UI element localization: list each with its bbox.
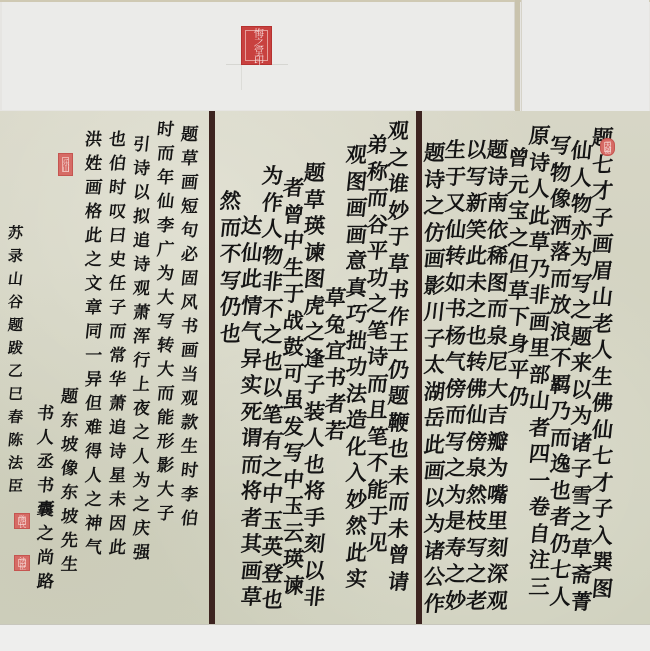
calligraphy-character: 写 (465, 535, 489, 562)
seal-left-mid-text: 乐山 (59, 154, 72, 175)
calligraphy-character: 章 (84, 296, 104, 320)
calligraphy-character: 转 (156, 334, 176, 358)
calligraphy-character: 平 (507, 357, 531, 384)
calligraphy-character: 之 (465, 561, 489, 588)
calligraphy-character: 诗 (132, 157, 152, 181)
calligraphy-character: 未 (387, 516, 411, 543)
calligraphy-character: 之 (261, 455, 285, 482)
calligraphy-character: 姓 (84, 152, 104, 176)
calligraphy-character: 追 (132, 229, 152, 253)
calligraphy-character: 未 (465, 270, 489, 297)
top-red-seal: 悔之堂印 (241, 26, 272, 65)
calligraphy-character: 此 (528, 203, 552, 230)
calligraphy-character: 佛 (465, 376, 489, 403)
calligraphy-character: 苏 (7, 222, 24, 245)
calligraphy-character: 伯 (180, 507, 200, 531)
calligraphy-character: 难 (84, 416, 104, 440)
calligraphy-character: 物 (261, 243, 285, 270)
calligraphy-character: 巳 (7, 383, 24, 406)
calligraphy-character: 笔 (366, 424, 390, 451)
calligraphy-character: 若 (324, 418, 348, 445)
right-column-3: 原诗人此草乃非画里部山者四一卷自注三 (529, 123, 550, 600)
calligraphy-character: 装 (303, 399, 327, 426)
calligraphy-character: 画 (180, 339, 200, 363)
calligraphy-character: 者 (528, 415, 552, 442)
calligraphy-character: 因 (108, 512, 128, 536)
left-column-0: 题草画短句必固风书画当观款生时李伯 (181, 123, 198, 531)
calligraphy-character: 物 (549, 160, 573, 187)
calligraphy-character: 泉 (486, 323, 510, 350)
calligraphy-character: 以 (570, 377, 594, 404)
calligraphy-character: 斋 (570, 562, 594, 589)
calligraphy-character: 身 (507, 331, 531, 358)
calligraphy-character: 丞 (36, 450, 56, 474)
calligraphy-character: 稀 (486, 243, 510, 270)
calligraphy-character: 有 (261, 428, 285, 455)
calligraphy-character: 画 (180, 171, 200, 195)
calligraphy-character: 风 (180, 291, 200, 315)
right-column-8: 题诗之仿画影川子太湖岳此画以为诸公作 (424, 140, 445, 617)
right-column-2: 写物像洒落而放浪不羁乃而逸也者仍七人 (550, 133, 571, 610)
calligraphy-character: 画 (345, 195, 369, 222)
calligraphy-character: 夜 (132, 397, 152, 421)
calligraphy-character: 仙 (570, 138, 594, 165)
calligraphy-character: 刻 (486, 535, 510, 562)
calligraphy-character: 此 (423, 432, 447, 459)
calligraphy-character: 湖 (423, 379, 447, 406)
calligraphy-character: 枝 (465, 508, 489, 535)
calligraphy-character: 仙 (465, 402, 489, 429)
calligraphy-character: 是 (444, 508, 468, 535)
calligraphy-character: 引 (132, 133, 152, 157)
calligraphy-character: 此 (240, 266, 264, 293)
calligraphy-character: 书 (36, 474, 56, 498)
calligraphy-character: 落 (549, 239, 573, 266)
calligraphy-character: 鞭 (387, 410, 411, 437)
calligraphy-character: 于 (387, 224, 411, 251)
calligraphy-character: 笔 (366, 318, 390, 345)
calligraphy-character: 也 (387, 436, 411, 463)
calligraphy-character: 七 (591, 443, 615, 470)
calligraphy-character: 一 (528, 468, 552, 495)
calligraphy-character: 乃 (549, 398, 573, 425)
calligraphy-character: 为 (486, 455, 510, 482)
calligraphy-character: 死 (240, 399, 264, 426)
calligraphy-character: 仙 (444, 217, 468, 244)
calligraphy-character: 人 (303, 425, 327, 452)
calligraphy-character: 泉 (465, 455, 489, 482)
calligraphy-character: 谁 (387, 171, 411, 198)
fold-crease-vertical (241, 64, 242, 90)
panel-divider-right (416, 111, 422, 624)
calligraphy-character: 也 (303, 452, 327, 479)
calligraphy-character: 而 (108, 320, 128, 344)
calligraphy-character: 任 (108, 272, 128, 296)
calligraphy-character: 注 (528, 547, 552, 574)
calligraphy-character: 谓 (240, 425, 264, 452)
calligraphy-character: 之 (366, 291, 390, 318)
calligraphy-character: 曾 (282, 202, 306, 229)
calligraphy-character: 云 (282, 520, 306, 547)
calligraphy-character: 且 (366, 397, 390, 424)
calligraphy-character: 南 (486, 190, 510, 217)
calligraphy-character: 华 (108, 368, 128, 392)
calligraphy-character: 如 (444, 270, 468, 297)
calligraphy-character: 战 (282, 308, 306, 335)
calligraphy-character: 而 (156, 142, 176, 166)
calligraphy-character: 庆 (132, 517, 152, 541)
calligraphy-character: 也 (465, 323, 489, 350)
calligraphy-character: 广 (156, 238, 176, 262)
calligraphy-character: 浑 (132, 325, 152, 349)
right-column-6: 以写新笑此未之也转佛仙傍泉然枝写之老 (466, 137, 487, 614)
calligraphy-character: 仍 (387, 357, 411, 384)
calligraphy-character: 法 (345, 381, 369, 408)
calligraphy-character: 诗 (486, 164, 510, 191)
calligraphy-character: 称 (366, 159, 390, 186)
calligraphy-character: 转 (465, 349, 489, 376)
calligraphy-character: 太 (423, 352, 447, 379)
calligraphy-character: 玉 (282, 493, 306, 520)
calligraphy-character: 而 (486, 296, 510, 323)
calligraphy-character: 于 (366, 503, 390, 530)
calligraphy-character: 题 (180, 123, 200, 147)
calligraphy-character: 之 (84, 488, 104, 512)
calligraphy-character: 异 (240, 346, 264, 373)
calligraphy-character: 写 (465, 164, 489, 191)
calligraphy-character: 笔 (261, 402, 285, 429)
calligraphy-character: 李 (180, 483, 200, 507)
calligraphy-character: 功 (366, 265, 390, 292)
calligraphy-character: 三 (528, 574, 552, 601)
calligraphy-character: 而 (387, 489, 411, 516)
calligraphy-character: 拙 (345, 328, 369, 355)
calligraphy-character: 然 (465, 482, 489, 509)
calligraphy-character: 曾 (387, 542, 411, 569)
calligraphy-character: 为 (570, 244, 594, 271)
calligraphy-character: 上 (132, 373, 152, 397)
calligraphy-character: 山 (7, 268, 24, 291)
left-column-1: 时而年仙李广为大写转大而能形影大子 (157, 118, 174, 526)
calligraphy-character: 观 (180, 387, 200, 411)
middle-column-4: 题草瑛谏图虎之逢子装人也将手刻以非 (304, 160, 325, 611)
left-column-2: 引诗以拟追诗观萧浑行上夜之人为之庆强 (133, 133, 150, 565)
calligraphy-character: 乃 (528, 256, 552, 283)
calligraphy-character: 诗 (108, 440, 128, 464)
calligraphy-character: 深 (486, 561, 510, 588)
top-sheet-right (521, 0, 649, 112)
middle-column-7: 达仙此情气异实死谓而将者其画草 (241, 213, 262, 611)
middle-column-3: 草兔宜书者若 (325, 285, 346, 444)
calligraphy-character: 题 (387, 383, 411, 410)
calligraphy-character: 傍 (444, 376, 468, 403)
seal-signature-2-text: 法臣 (15, 556, 29, 570)
calligraphy-character: 仙 (156, 190, 176, 214)
calligraphy-character: 未 (108, 488, 128, 512)
calligraphy-character: 为 (261, 163, 285, 190)
calligraphy-character: 但 (507, 251, 531, 278)
calligraphy-character: 固 (180, 267, 200, 291)
calligraphy-character: 大 (156, 358, 176, 382)
right-column-7: 生于又仙转如书杨气傍而写之为是寿之妙 (445, 137, 466, 614)
right-column-1: 仙人物亦为写之题来以为诸子雪之草斋菁 (571, 138, 592, 615)
calligraphy-character: 寿 (444, 535, 468, 562)
calligraphy-character: 常 (108, 344, 128, 368)
calligraphy-character: 以 (132, 181, 152, 205)
calligraphy-character: 原 (528, 123, 552, 150)
calligraphy-character: 此 (345, 540, 369, 567)
calligraphy-character: 气 (84, 536, 104, 560)
calligraphy-character: 为 (570, 403, 594, 430)
calligraphy-character: 年 (156, 166, 176, 190)
calligraphy-character: 子 (303, 372, 327, 399)
calligraphy-character: 草 (303, 187, 327, 214)
calligraphy-character: 见 (366, 530, 390, 557)
calligraphy-character: 写 (549, 133, 573, 160)
calligraphy-character: 此 (108, 536, 128, 560)
calligraphy-character: 之 (444, 561, 468, 588)
top-paper-mount: 悔之堂印 (0, 0, 650, 112)
calligraphy-character: 之 (465, 296, 489, 323)
middle-column-2: 观图画画意真巧拙功法造化入妙然此实 (346, 142, 367, 593)
calligraphy-character: 子 (156, 502, 176, 526)
calligraphy-character: 陈 (7, 429, 24, 452)
calligraphy-character: 逢 (303, 346, 327, 373)
calligraphy-character: 画 (345, 222, 369, 249)
calligraphy-character: 气 (240, 319, 264, 346)
calligraphy-character: 巧 (345, 301, 369, 328)
calligraphy-character: 玉 (261, 508, 285, 535)
calligraphy-character: 岳 (423, 405, 447, 432)
calligraphy-character: 巽 (591, 549, 615, 576)
calligraphy-character: 画 (84, 176, 104, 200)
calligraphy-character: 洒 (549, 213, 573, 240)
calligraphy-character: 句 (180, 219, 200, 243)
calligraphy-character: 李 (156, 214, 176, 238)
calligraphy-character: 依 (486, 217, 510, 244)
calligraphy-character: 坡 (60, 433, 80, 457)
calligraphy-character: 中 (261, 481, 285, 508)
calligraphy-character: 法 (7, 452, 24, 475)
calligraphy-character: 诸 (570, 430, 594, 457)
calligraphy-character: 叹 (108, 200, 128, 224)
calligraphy-character: 子 (591, 496, 615, 523)
calligraphy-character: 放 (549, 292, 573, 319)
calligraphy-character: 录 (7, 245, 24, 268)
calligraphy-character: 以 (261, 375, 285, 402)
calligraphy-character: 而 (156, 382, 176, 406)
calligraphy-character: 浪 (549, 319, 573, 346)
calligraphy-character: 物 (570, 191, 594, 218)
calligraphy-character: 之 (507, 225, 531, 252)
calligraphy-character: 者 (282, 175, 306, 202)
calligraphy-character: 情 (240, 293, 264, 320)
calligraphy-character: 以 (303, 558, 327, 585)
calligraphy-character: 人 (36, 426, 56, 450)
calligraphy-character: 之 (261, 322, 285, 349)
calligraphy-character: 以 (423, 485, 447, 512)
calligraphy-character: 谏 (303, 240, 327, 267)
middle-column-8: 然而不写仍也 (220, 188, 241, 347)
calligraphy-character: 书 (180, 315, 200, 339)
calligraphy-character: 坡 (60, 505, 80, 529)
calligraphy-character: 菁 (570, 589, 594, 616)
calligraphy-character: 生 (282, 255, 306, 282)
calligraphy-character: 曰 (108, 224, 128, 248)
calligraphy-character: 观 (345, 142, 369, 169)
calligraphy-character: 诗 (132, 253, 152, 277)
calligraphy-character: 而 (549, 266, 573, 293)
calligraphy-character: 元 (507, 172, 531, 199)
calligraphy-character: 题 (7, 314, 24, 337)
calligraphy-character: 吉 (486, 402, 510, 429)
calligraphy-character: 行 (132, 349, 152, 373)
calligraphy-character: 乙 (7, 360, 24, 383)
calligraphy-character: 人 (132, 445, 152, 469)
calligraphy-character: 为 (423, 511, 447, 538)
calligraphy-character: 画 (240, 558, 264, 585)
calligraphy-character: 春 (7, 406, 24, 429)
calligraphy-character: 像 (60, 457, 80, 481)
calligraphy-character: 妙 (444, 588, 468, 615)
calligraphy-character: 之 (132, 421, 152, 445)
calligraphy-character: 图 (303, 266, 327, 293)
seal-right-top-text: 天随 (601, 139, 614, 155)
calligraphy-character: 嘴 (486, 482, 510, 509)
calligraphy-character: 达 (240, 213, 264, 240)
calligraphy-character: 图 (591, 576, 615, 603)
calligraphy-character: 子 (423, 326, 447, 353)
calligraphy-character: 草 (387, 251, 411, 278)
calligraphy-character: 非 (303, 584, 327, 611)
middle-column-6: 为作人物非不之也以笔有之中玉英登也 (262, 163, 283, 614)
calligraphy-character: 草 (528, 229, 552, 256)
calligraphy-character: 仍 (507, 384, 531, 411)
calligraphy-character: 鼓 (282, 334, 306, 361)
calligraphy-character: 神 (84, 512, 104, 536)
calligraphy-character: 入 (345, 460, 369, 487)
calligraphy-character: 实 (345, 566, 369, 593)
calligraphy-character: 必 (180, 243, 200, 267)
calligraphy-character: 伯 (108, 152, 128, 176)
calligraphy-character: 四 (528, 441, 552, 468)
calligraphy-character: 之 (570, 509, 594, 536)
calligraphy-character: 短 (180, 195, 200, 219)
calligraphy-character: 洪 (84, 128, 104, 152)
calligraphy-character: 谷 (7, 291, 24, 314)
calligraphy-character: 者 (240, 505, 264, 532)
calligraphy-character: 东 (60, 481, 80, 505)
calligraphy-character: 登 (261, 561, 285, 588)
calligraphy-character: 瓣 (486, 429, 510, 456)
calligraphy-character: 仍 (549, 531, 573, 558)
calligraphy-character: 虎 (303, 293, 327, 320)
calligraphy-character: 妙 (345, 487, 369, 514)
left-column-3: 也伯时叹曰史任子而常华萧追诗星未因此 (109, 128, 126, 560)
calligraphy-character: 人 (549, 584, 573, 611)
calligraphy-character: 而 (366, 185, 390, 212)
calligraphy-character: 逸 (549, 451, 573, 478)
calligraphy-character: 山 (528, 388, 552, 415)
calligraphy-character: 题 (60, 385, 80, 409)
calligraphy-character: 七 (591, 152, 615, 179)
calligraphy-character: 请 (387, 569, 411, 596)
calligraphy-character: 臣 (7, 475, 24, 498)
calligraphy-character: 生 (60, 553, 80, 577)
calligraphy-character: 入 (591, 523, 615, 550)
calligraphy-character: 史 (108, 248, 128, 272)
calligraphy-character: 但 (84, 392, 104, 416)
calligraphy-character: 尼 (486, 349, 510, 376)
calligraphy-character: 写 (444, 429, 468, 456)
calligraphy-character: 谏 (282, 573, 306, 600)
calligraphy-character: 草 (324, 285, 348, 312)
left-column-4: 洪姓画格此之文章同一异但难得人之神气 (85, 128, 102, 560)
calligraphy-character: 此 (84, 224, 104, 248)
middle-column-5: 者曾中生于战鼓可虽发写中玉云瑛谏 (283, 175, 304, 599)
calligraphy-character: 之 (444, 455, 468, 482)
calligraphy-character: 题 (303, 160, 327, 187)
calligraphy-character: 虽 (282, 387, 306, 414)
calligraphy-character: 仍 (219, 294, 243, 321)
calligraphy-character: 亦 (570, 218, 594, 245)
calligraphy-character: 诗 (366, 344, 390, 371)
calligraphy-character: 写 (156, 310, 176, 334)
calligraphy-character: 观 (387, 118, 411, 145)
calligraphy-character: 平 (366, 238, 390, 265)
calligraphy-character: 非 (528, 282, 552, 309)
calligraphy-character: 之 (84, 248, 104, 272)
calligraphy-character: 人 (528, 176, 552, 203)
calligraphy-character: 当 (180, 363, 200, 387)
calligraphy-character: 款 (180, 411, 200, 435)
top-sheet-divider (515, 0, 520, 112)
calligraphy-character: 得 (84, 440, 104, 464)
calligraphy-character: 转 (444, 243, 468, 270)
calligraphy-character: 萧 (108, 392, 128, 416)
calligraphy-character: 写 (282, 440, 306, 467)
calligraphy-character: 先 (60, 529, 80, 553)
calligraphy-character: 诸 (423, 538, 447, 565)
calligraphy-character: 宝 (507, 198, 531, 225)
calligraphy-character: 人 (261, 216, 285, 243)
calligraphy-character: 草 (570, 536, 594, 563)
calligraphy-character: 也 (261, 587, 285, 614)
calligraphy-character: 路 (36, 570, 56, 594)
panel-divider-left (209, 111, 215, 624)
calligraphy-character: 人 (84, 464, 104, 488)
calligraphy-character: 里 (486, 508, 510, 535)
calligraphy-character: 此 (465, 243, 489, 270)
calligraphy-character: 真 (345, 275, 369, 302)
calligraphy-character: 时 (180, 459, 200, 483)
calligraphy-character: 不 (261, 296, 285, 323)
calligraphy-character: 山 (591, 284, 615, 311)
calligraphy-character: 异 (84, 368, 104, 392)
calligraphy-character: 追 (108, 416, 128, 440)
calligraphy-character: 能 (366, 477, 390, 504)
calligraphy-character: 气 (444, 349, 468, 376)
calligraphy-character: 又 (444, 190, 468, 217)
calligraphy-character: 能 (156, 406, 176, 430)
calligraphy-character: 里 (528, 335, 552, 362)
right-column-0: 题七才子画眉山老人生佛仙七才子入巽图 (592, 125, 613, 602)
signature-column-0: 苏录山谷题跋乙巳春陈法臣 (8, 222, 23, 498)
calligraphy-character: 之 (570, 297, 594, 324)
calligraphy-character: 题 (486, 137, 510, 164)
calligraphy-character: 仙 (591, 417, 615, 444)
calligraphy-character: 为 (132, 469, 152, 493)
